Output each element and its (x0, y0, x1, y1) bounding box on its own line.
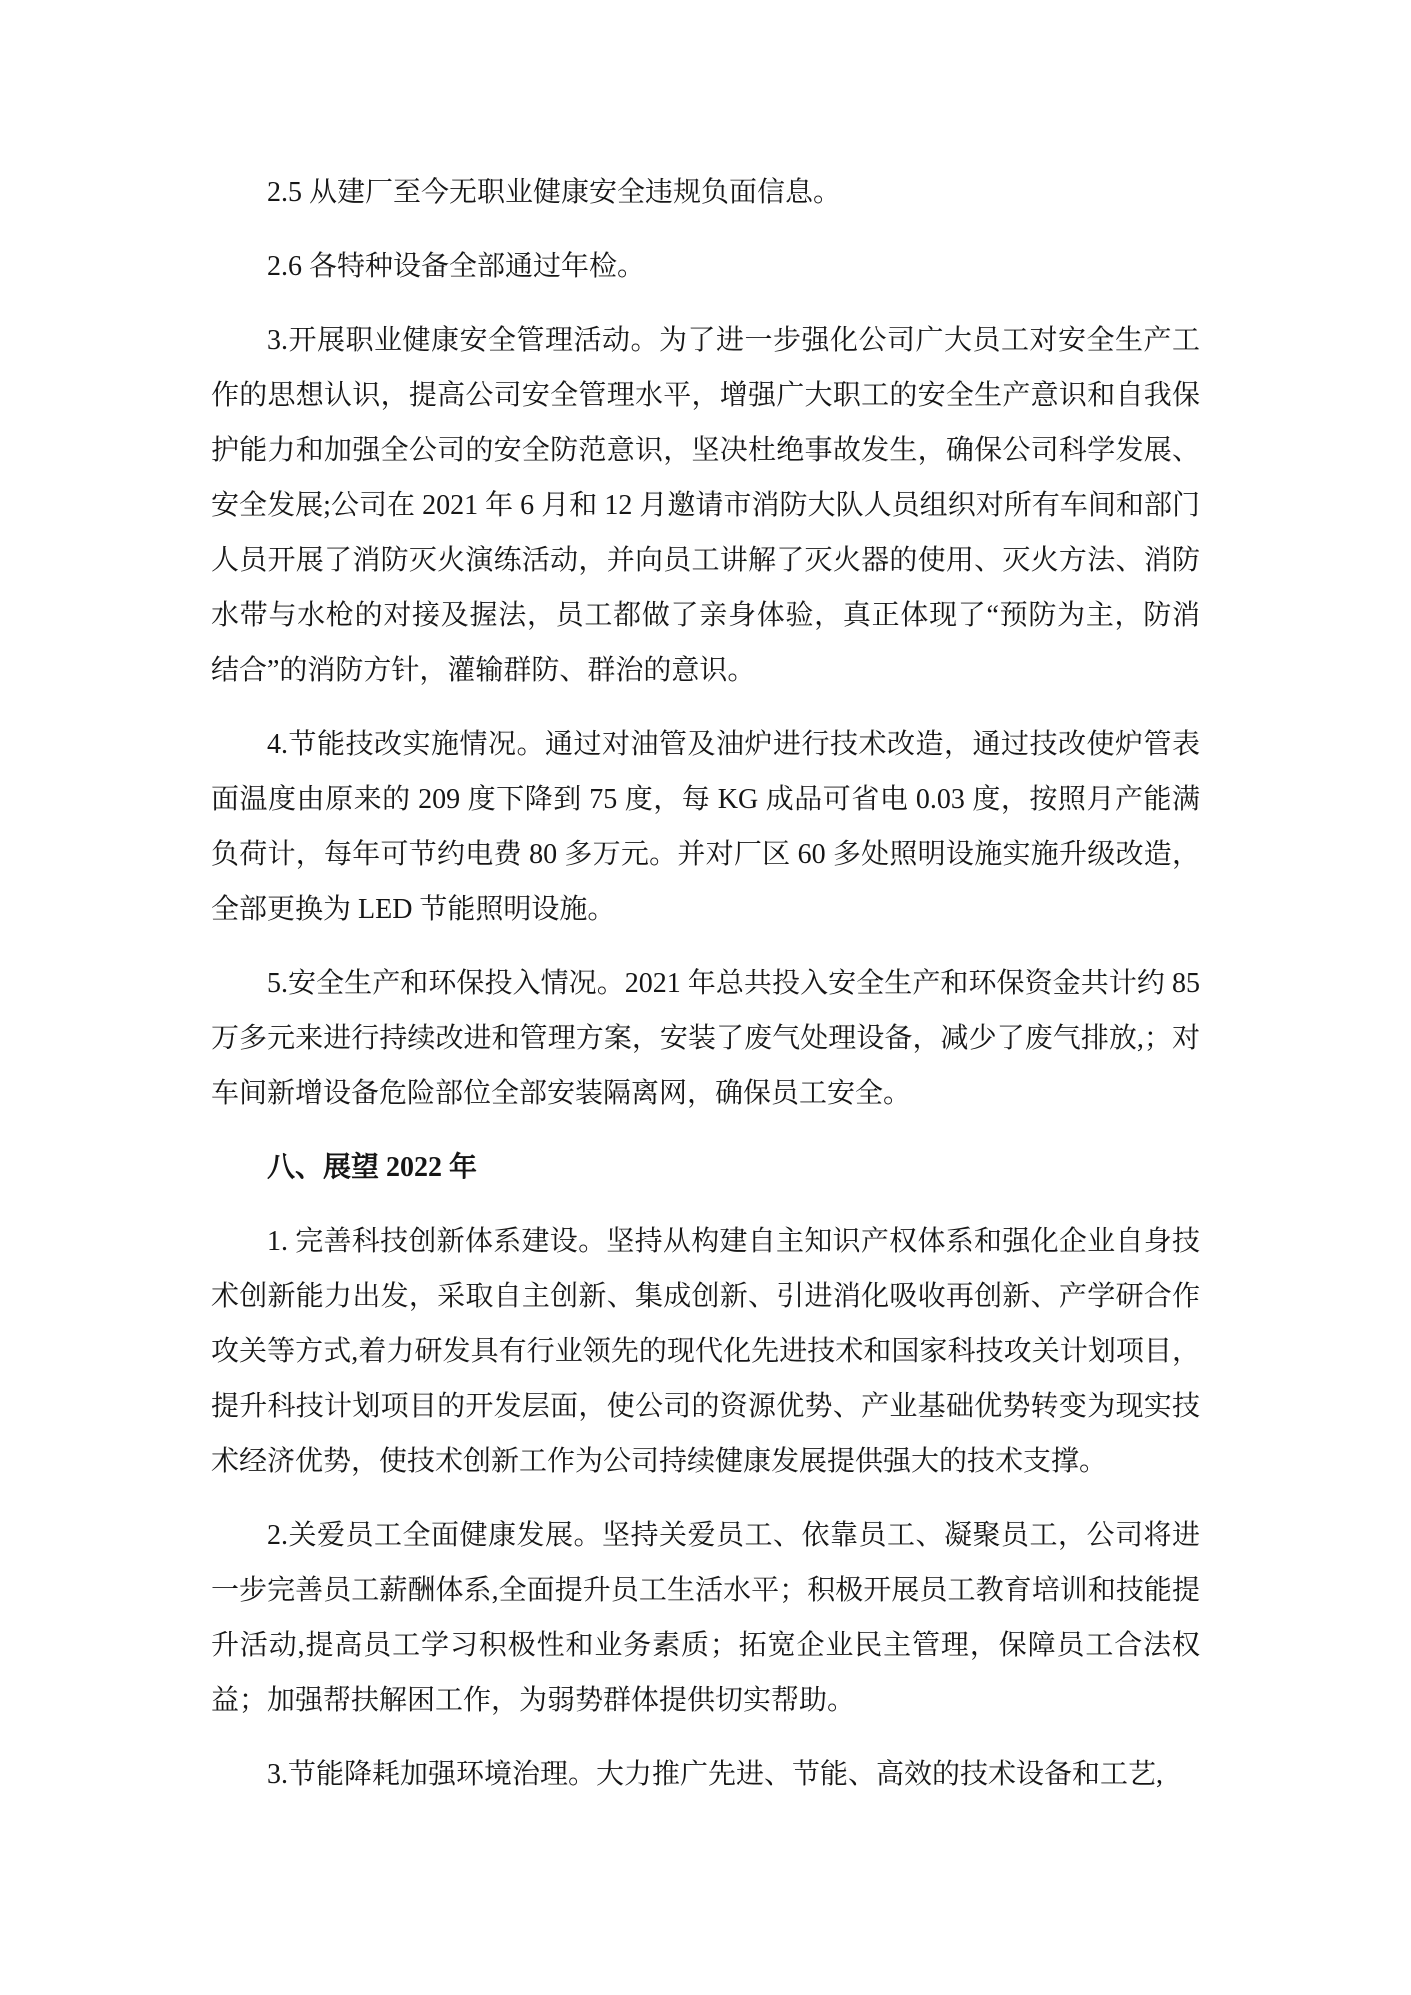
document-page: 2.5 从建厂至今无职业健康安全违规负面信息。2.6 各特种设备全部通过年检。3… (0, 0, 1411, 1995)
paragraph: 5.安全生产和环保投入情况。2021 年总共投入安全生产和环保资金共计约 85 … (211, 956, 1200, 1121)
paragraph: 2.关爱员工全面健康发展。坚持关爱员工、依靠员工、凝聚员工，公司将进一步完善员工… (211, 1508, 1200, 1728)
paragraph: 4.节能技改实施情况。通过对油管及油炉进行技术改造，通过技改使炉管表面温度由原来… (211, 717, 1200, 937)
paragraph: 2.5 从建厂至今无职业健康安全违规负面信息。 (211, 165, 1200, 220)
paragraph: 1. 完善科技创新体系建设。坚持从构建自主知识产权体系和强化企业自身技术创新能力… (211, 1214, 1200, 1489)
paragraph: 3.节能降耗加强环境治理。大力推广先进、节能、高效的技术设备和工艺, (211, 1747, 1200, 1802)
paragraph: 3.开展职业健康安全管理活动。为了进一步强化公司广大员工对安全生产工作的思想认识… (211, 313, 1200, 698)
section-heading: 八、展望 2022 年 (211, 1140, 1200, 1195)
paragraph: 2.6 各特种设备全部通过年检。 (211, 239, 1200, 294)
